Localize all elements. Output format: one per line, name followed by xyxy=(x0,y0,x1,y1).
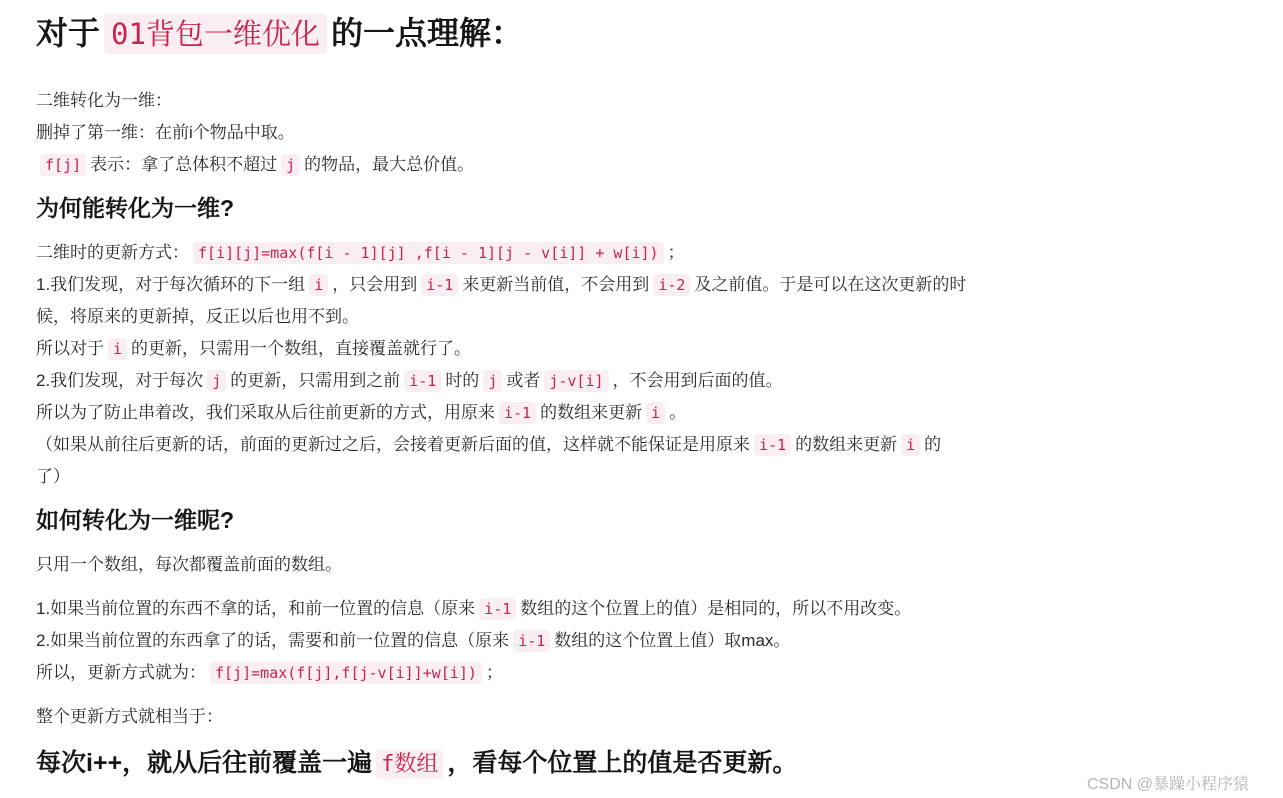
inline-code: j xyxy=(207,370,226,392)
inline-code: i-1 xyxy=(404,370,441,392)
inline-code: f[j]=max(f[j],f[j-v[i]]+w[i]) xyxy=(210,662,482,684)
text-run: 所以，更新方式就为： xyxy=(36,663,206,682)
inline-code: i-1 xyxy=(513,630,550,652)
summary-lead-paragraph: 整个更新方式就相当于： xyxy=(36,701,1243,733)
text-run: 或者 xyxy=(506,371,540,390)
intro-paragraph: 二维转化为一维：删掉了第一维：在前i个物品中取。f[j]表示：拿了总体积不超过j… xyxy=(36,85,1243,181)
article-title: 对于01背包一维优化的一点理解： xyxy=(36,12,1243,55)
text-run: ； xyxy=(486,663,503,682)
inline-code: j xyxy=(281,154,300,176)
text-run: 候，将原来的更新掉，反正以后也用不到。 xyxy=(36,307,359,326)
text-run: 的物品，最大总价值。 xyxy=(304,155,474,174)
text-run: 为何能转化为一维? xyxy=(36,195,234,221)
inline-code: f[i][j]=max(f[i - 1][j] ,f[i - 1][j - v[… xyxy=(193,242,664,264)
text-run: 的更新，只需用到之前 xyxy=(230,371,400,390)
article-content: 对于01背包一维优化的一点理解：二维转化为一维：删掉了第一维：在前i个物品中取。… xyxy=(0,0,1283,783)
text-run: 2.如果当前位置的东西拿了的话，需要和前一位置的信息（原来 xyxy=(36,631,509,650)
inline-code: i-1 xyxy=(479,598,516,620)
text-run: 所以为了防止串着改，我们采取从后往前更新的方式，用原来 xyxy=(36,403,495,422)
text-run: 对于 xyxy=(36,15,100,51)
text-run: 1.如果当前位置的东西不拿的话，和前一位置的信息（原来 xyxy=(36,599,475,618)
text-run: 了） xyxy=(36,467,70,486)
why-paragraph: 二维时的更新方式：f[i][j]=max(f[i - 1][j] ,f[i - … xyxy=(36,237,1243,493)
text-run: 的 xyxy=(924,435,941,454)
section-heading-how: 如何转化为一维呢? xyxy=(36,505,1243,535)
text-run: 来更新当前值，不会用到 xyxy=(462,275,649,294)
text-run: 所以对于 xyxy=(36,339,104,358)
text-run: 二维时的更新方式： xyxy=(36,243,189,262)
how-detail-paragraph: 1.如果当前位置的东西不拿的话，和前一位置的信息（原来i-1数组的这个位置上的值… xyxy=(36,593,1243,689)
inline-code: f[j] xyxy=(40,154,86,176)
text-run: ，看每个位置上的值是否更新。 xyxy=(447,749,797,777)
text-run: 删掉了第一维：在前i个物品中取。 xyxy=(36,123,295,142)
text-run: 表示：拿了总体积不超过 xyxy=(90,155,277,174)
how-intro-paragraph: 只用一个数组，每次都覆盖前面的数组。 xyxy=(36,549,1243,581)
text-run: 的数组来更新 xyxy=(795,435,897,454)
text-run: 的一点理解： xyxy=(331,15,523,51)
inline-code: i xyxy=(108,338,127,360)
article-page: 对于01背包一维优化的一点理解：二维转化为一维：删掉了第一维：在前i个物品中取。… xyxy=(0,0,1283,783)
text-run: ，不会用到后面的值。 xyxy=(613,371,783,390)
inline-code: i-1 xyxy=(421,274,458,296)
text-run: 及之前值。于是可以在这次更新的时 xyxy=(694,275,966,294)
text-run: 如何转化为一维呢? xyxy=(36,507,234,533)
inline-code: i-1 xyxy=(754,434,791,456)
text-run: 数组的这个位置上的值）是相同的，所以不用改变。 xyxy=(520,599,911,618)
text-run: 2.我们发现，对于每次 xyxy=(36,371,203,390)
text-run: 的更新，只需用一个数组，直接覆盖就行了。 xyxy=(131,339,471,358)
inline-code: j xyxy=(483,370,502,392)
text-run: 1.我们发现，对于每次循环的下一组 xyxy=(36,275,305,294)
csdn-watermark: CSDN @暴躁小程序猿 xyxy=(1087,771,1249,794)
text-run: （如果从前往后更新的话，前面的更新过之后，会接着更新后面的值，这样就不能保证是用… xyxy=(36,435,750,454)
text-run: 数组的这个位置上值）取max。 xyxy=(554,631,790,650)
inline-code: i-2 xyxy=(653,274,690,296)
text-run: 的数组来更新 xyxy=(540,403,642,422)
text-run: 二维转化为一维： xyxy=(36,91,172,110)
inline-code: j-v[i] xyxy=(544,370,608,392)
section-heading-why: 为何能转化为一维? xyxy=(36,193,1243,223)
inline-code: 01背包一维优化 xyxy=(104,14,327,54)
summary-line: 每次i++，就从后往前覆盖一遍f数组，看每个位置上的值是否更新。 xyxy=(36,745,1243,783)
inline-code: i-1 xyxy=(499,402,536,424)
text-run: 整个更新方式就相当于： xyxy=(36,707,223,726)
inline-code: f数组 xyxy=(376,750,443,779)
inline-code: i xyxy=(646,402,665,424)
text-run: 时的 xyxy=(445,371,479,390)
text-run: ； xyxy=(668,243,685,262)
text-run: 。 xyxy=(669,403,686,422)
inline-code: i xyxy=(901,434,920,456)
text-run: 只用一个数组，每次都覆盖前面的数组。 xyxy=(36,555,342,574)
text-run: 每次i++，就从后往前覆盖一遍 xyxy=(36,749,372,777)
inline-code: i xyxy=(309,274,328,296)
text-run: ，只会用到 xyxy=(332,275,417,294)
